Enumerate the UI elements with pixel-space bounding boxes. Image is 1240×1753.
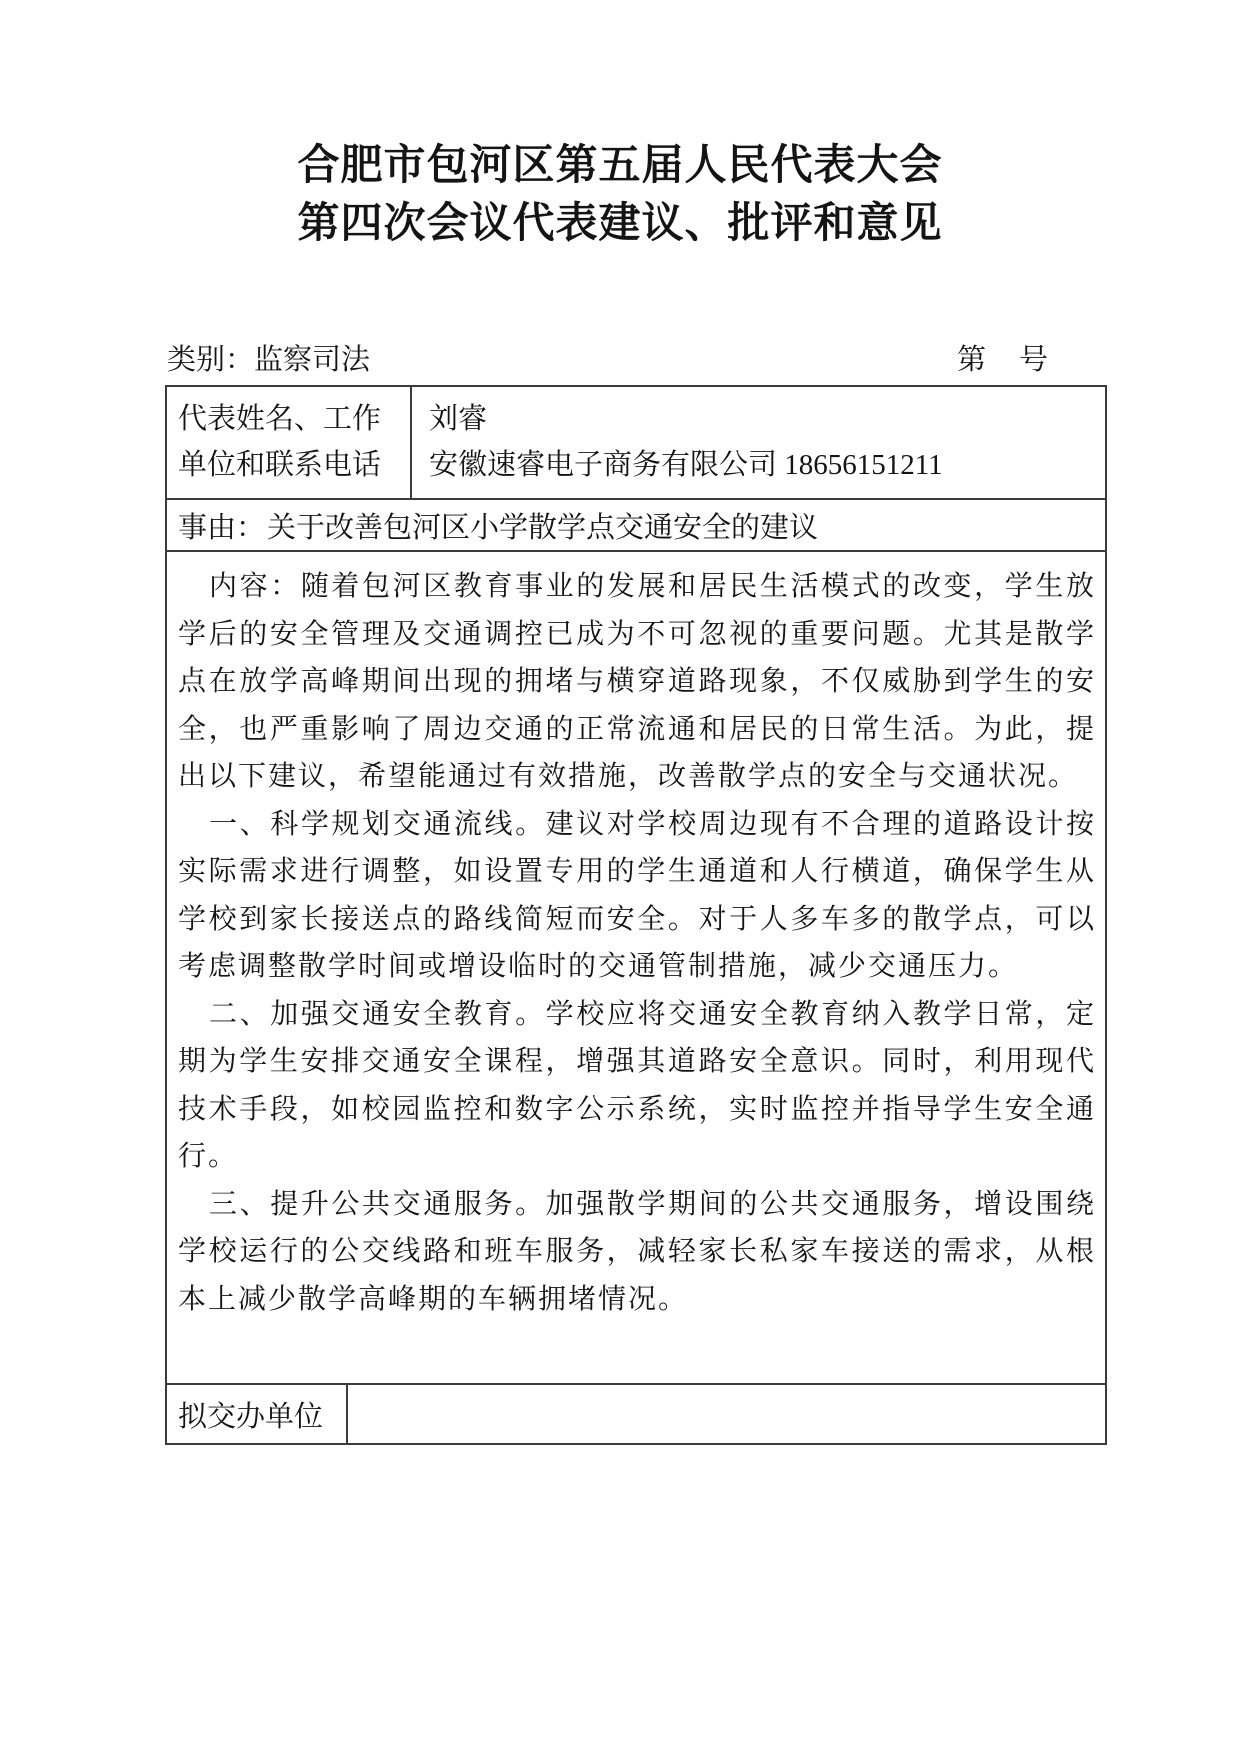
document-page: 合肥市包河区第五届人民代表大会 第四次会议代表建议、批评和意见 类别：监察司法 … [0,0,1240,1753]
assign-unit-label: 拟交办单位 [167,1385,348,1443]
representative-unit-phone: 安徽速睿电子商务有限公司 18656151211 [429,442,1105,488]
representative-row: 代表姓名、工作 单位和联系电话 刘睿 安徽速睿电子商务有限公司 18656151… [167,387,1105,498]
category-value: 监察司法 [254,344,370,376]
content-paragraph-1: 内容：随着包河区教育事业的发展和居民生活模式的改变，学生放学后的安全管理及交通调… [178,563,1096,801]
meta-row: 类别：监察司法 第 号 [167,330,1105,380]
content-paragraph-3: 二、加强交通安全教育。学校应将交通安全教育纳入教学日常，定期为学生安排交通安全课… [178,991,1096,1181]
category-field: 类别：监察司法 [167,340,370,380]
subject-value: 关于改善包河区小学散学点交通安全的建议 [267,505,818,546]
document-title: 合肥市包河区第五届人民代表大会 第四次会议代表建议、批评和意见 [0,136,1240,252]
representative-label-line-2: 单位和联系电话 [178,442,410,488]
content-body: 内容：随着包河区教育事业的发展和居民生活模式的改变，学生放学后的安全管理及交通调… [178,563,1096,1323]
document-number: 第 号 [957,340,1105,380]
title-line-2: 第四次会议代表建议、批评和意见 [0,194,1240,252]
content-paragraph-4: 三、提升公共交通服务。加强散学期间的公共交通服务，增设围绕学校运行的公交线路和班… [178,1181,1096,1324]
representative-value-cell: 刘睿 安徽速睿电子商务有限公司 18656151211 [412,387,1105,498]
assign-unit-value [348,1385,1105,1443]
category-label: 类别： [167,344,254,376]
suggestion-form-table: 代表姓名、工作 单位和联系电话 刘睿 安徽速睿电子商务有限公司 18656151… [165,385,1107,1445]
content-paragraph-2: 一、科学规划交通流线。建议对学校周边现有不合理的道路设计按实际需求进行调整，如设… [178,801,1096,991]
assign-unit-row: 拟交办单位 [167,1383,1105,1443]
title-line-1: 合肥市包河区第五届人民代表大会 [0,136,1240,194]
representative-name: 刘睿 [429,396,1105,442]
subject-label: 事由： [178,505,265,546]
content-row: 内容：随着包河区教育事业的发展和居民生活模式的改变，学生放学后的安全管理及交通调… [167,550,1105,1383]
representative-label-cell: 代表姓名、工作 单位和联系电话 [167,387,412,498]
subject-row: 事由： 关于改善包河区小学散学点交通安全的建议 [167,498,1105,550]
representative-label-line-1: 代表姓名、工作 [178,396,410,442]
